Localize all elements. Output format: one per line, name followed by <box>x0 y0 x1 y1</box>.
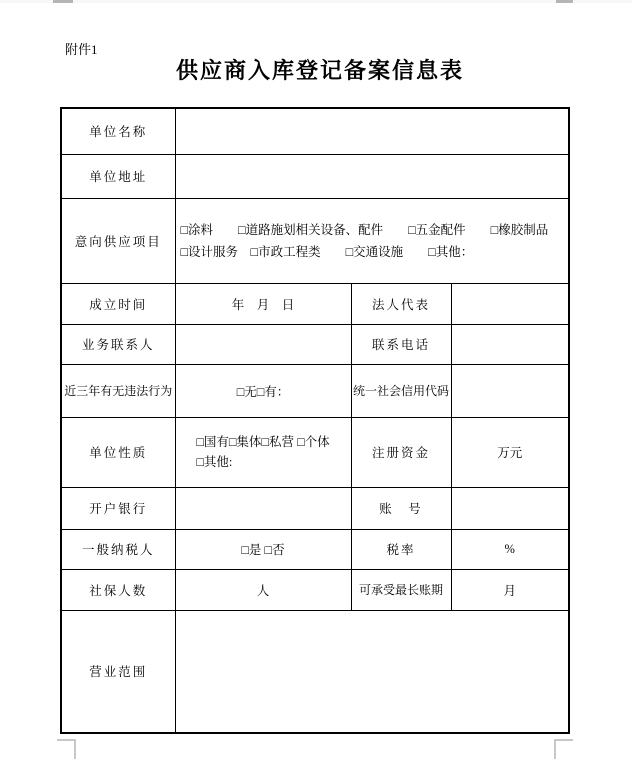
row-taxpayer: 一般纳税人 □是 □否 税率 % <box>61 529 569 569</box>
label-company-address: 单位地址 <box>61 154 175 198</box>
row-social-security: 社保人数 人 可承受最长账期 月 <box>61 569 569 610</box>
company-nature-options-line1[interactable]: □国有□集体□私营 □个体 <box>196 432 329 452</box>
field-business-scope[interactable] <box>175 610 569 733</box>
label-establish-date: 成立时间 <box>61 283 175 324</box>
field-company-nature[interactable]: □国有□集体□私营 □个体 □其他: <box>175 417 351 487</box>
row-supply-items: 意向供应项目 □涂料 □道路施划相关设备、配件 □五金配件 □橡胶制品 □设计服… <box>61 198 569 283</box>
field-establish-date[interactable]: 年 月 日 <box>175 283 351 324</box>
label-credit-code: 统一社会信用代码 <box>351 364 451 417</box>
label-bank: 开户银行 <box>61 487 175 529</box>
label-violation: 近三年有无违法行为 <box>61 364 175 417</box>
row-business-contact: 业务联系人 联系电话 <box>61 324 569 364</box>
field-social-security-unit[interactable]: 人 <box>175 569 351 610</box>
field-company-name[interactable] <box>175 108 569 154</box>
field-company-address[interactable] <box>175 154 569 198</box>
label-company-nature: 单位性质 <box>61 417 175 487</box>
company-nature-options-line2[interactable]: □其他: <box>196 452 329 472</box>
window-top-edge <box>0 0 632 3</box>
row-company-address: 单位地址 <box>61 154 569 198</box>
row-company-name: 单位名称 <box>61 108 569 154</box>
label-legal-rep: 法人代表 <box>351 283 451 324</box>
label-tax-rate: 税率 <box>351 529 451 569</box>
label-business-contact: 业务联系人 <box>61 324 175 364</box>
field-tax-rate-unit[interactable]: % <box>451 529 569 569</box>
document-title: 供应商入库登记备案信息表 <box>60 54 580 85</box>
text-boundary-mark-top-right <box>556 0 573 3</box>
field-account-number[interactable] <box>451 487 569 529</box>
label-payment-term: 可承受最长账期 <box>351 569 451 610</box>
label-registered-capital: 注册资金 <box>351 417 451 487</box>
label-company-name: 单位名称 <box>61 108 175 154</box>
label-social-security: 社保人数 <box>61 569 175 610</box>
field-legal-rep[interactable] <box>451 283 569 324</box>
row-business-scope: 营业范围 <box>61 610 569 733</box>
field-phone[interactable] <box>451 324 569 364</box>
field-taxpayer-options[interactable]: □是 □否 <box>175 529 351 569</box>
field-violation[interactable]: □无□有： <box>175 364 351 417</box>
field-credit-code[interactable] <box>451 364 569 417</box>
field-business-contact[interactable] <box>175 324 351 364</box>
text-boundary-mark-bottom-left <box>57 739 76 759</box>
label-taxpayer: 一般纳税人 <box>61 529 175 569</box>
label-phone: 联系电话 <box>351 324 451 364</box>
text-boundary-mark-top-left <box>53 0 73 3</box>
label-business-scope: 营业范围 <box>61 610 175 733</box>
field-registered-capital-unit[interactable]: 万元 <box>451 417 569 487</box>
row-company-nature: 单位性质 □国有□集体□私营 □个体 □其他: 注册资金 万元 <box>61 417 569 487</box>
field-payment-term-unit[interactable]: 月 <box>451 569 569 610</box>
supply-items-options-line1[interactable]: □涂料 □道路施划相关设备、配件 □五金配件 □橡胶制品 <box>181 219 569 241</box>
text-boundary-mark-bottom-right <box>554 739 573 759</box>
field-bank[interactable] <box>175 487 351 529</box>
supplier-registration-table: 单位名称 单位地址 意向供应项目 □涂料 □道路施划相关设备、配件 □五金配件 … <box>60 107 570 734</box>
row-violation: 近三年有无违法行为 □无□有： 统一社会信用代码 <box>61 364 569 417</box>
label-supply-items: 意向供应项目 <box>61 198 175 283</box>
supply-items-options-line2[interactable]: □设计服务 □市政工程类 □交通设施 □其他： <box>181 241 569 263</box>
row-bank: 开户银行 账 号 <box>61 487 569 529</box>
row-establish-date: 成立时间 年 月 日 法人代表 <box>61 283 569 324</box>
label-account-number: 账 号 <box>351 487 451 529</box>
field-supply-items[interactable]: □涂料 □道路施划相关设备、配件 □五金配件 □橡胶制品 □设计服务 □市政工程… <box>175 198 569 283</box>
